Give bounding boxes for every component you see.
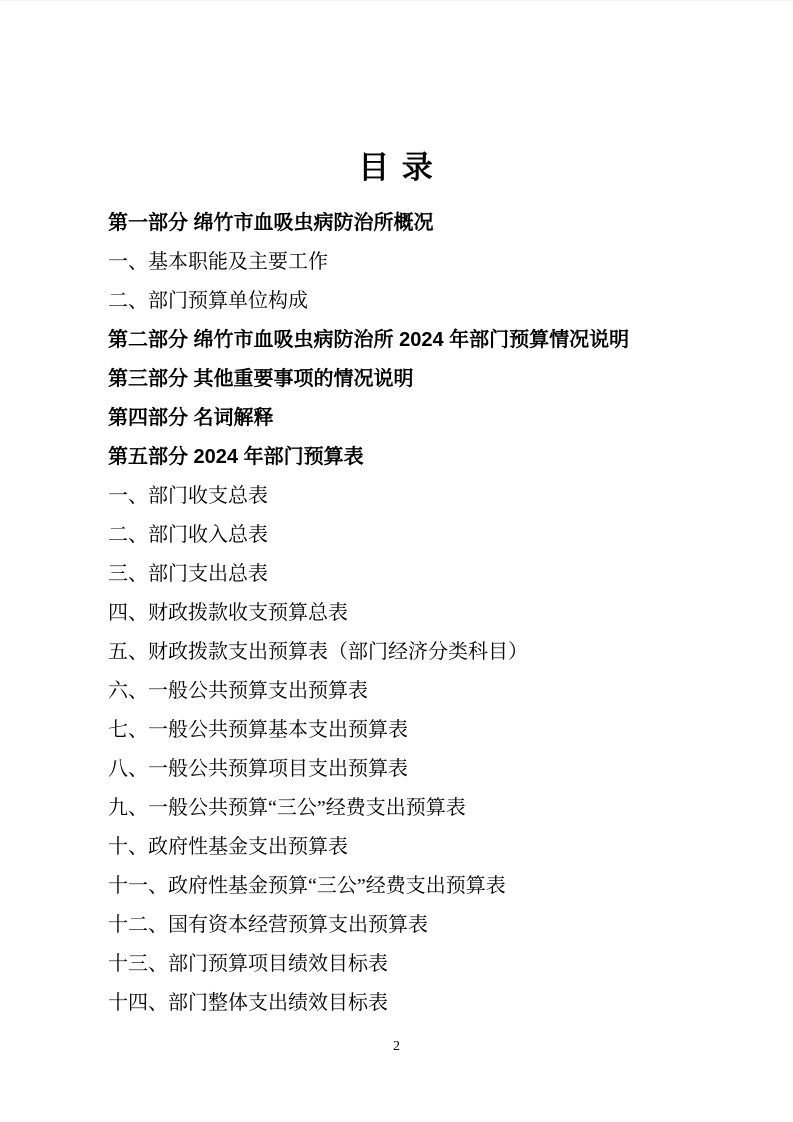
page-title: 目 录 <box>0 148 793 188</box>
page-number: 2 <box>0 1039 793 1055</box>
toc-part-heading: 第四部分 名词解释 <box>108 399 743 438</box>
toc-item: 二、部门预算单位构成 <box>108 282 743 321</box>
toc-item: 十二、国有资本经营预算支出预算表 <box>108 906 743 945</box>
toc-item: 九、一般公共预算“三公”经费支出预算表 <box>108 789 743 828</box>
toc-item: 四、财政拨款收支预算总表 <box>108 594 743 633</box>
toc-item: 六、一般公共预算支出预算表 <box>108 672 743 711</box>
toc-item: 八、一般公共预算项目支出预算表 <box>108 750 743 789</box>
toc-item: 十一、政府性基金预算“三公”经费支出预算表 <box>108 867 743 906</box>
toc-list: 第一部分 绵竹市血吸虫病防治所概况一、基本职能及主要工作二、部门预算单位构成第二… <box>108 204 743 1023</box>
toc-item: 七、一般公共预算基本支出预算表 <box>108 711 743 750</box>
toc-item: 五、财政拨款支出预算表（部门经济分类科目） <box>108 633 743 672</box>
document-page: 目 录 第一部分 绵竹市血吸虫病防治所概况一、基本职能及主要工作二、部门预算单位… <box>0 0 793 1122</box>
toc-item: 一、基本职能及主要工作 <box>108 243 743 282</box>
toc-part-heading: 第二部分 绵竹市血吸虫病防治所 2024 年部门预算情况说明 <box>108 321 743 360</box>
toc-part-heading: 第一部分 绵竹市血吸虫病防治所概况 <box>108 204 743 243</box>
toc-part-heading: 第三部分 其他重要事项的情况说明 <box>108 360 743 399</box>
toc-item: 十三、部门预算项目绩效目标表 <box>108 945 743 984</box>
toc-item: 二、部门收入总表 <box>108 516 743 555</box>
toc-item: 三、部门支出总表 <box>108 555 743 594</box>
toc-part-heading: 第五部分 2024 年部门预算表 <box>108 438 743 477</box>
toc-item: 十四、部门整体支出绩效目标表 <box>108 984 743 1023</box>
toc-item: 一、部门收支总表 <box>108 477 743 516</box>
toc-item: 十、政府性基金支出预算表 <box>108 828 743 867</box>
